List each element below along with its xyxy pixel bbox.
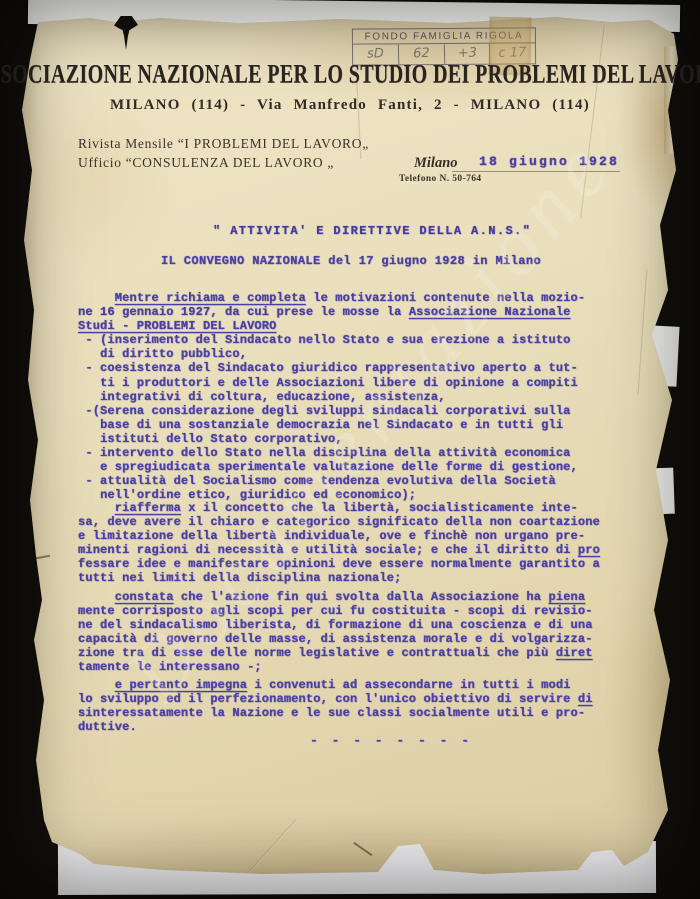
paper-hole (114, 16, 138, 50)
paper-tear (354, 842, 373, 856)
letterhead-office-line: Ufficio “CONSULENZA DEL LAVORO „ (78, 155, 334, 171)
closing-dashes: - - - - - - - - (310, 733, 472, 748)
date-line-rule (452, 171, 620, 172)
letter-paragraph: e pertanto impegna i convenuti ad asseco… (78, 678, 663, 734)
letter-paragraph: Mentre richiama e completa le motivazion… (78, 291, 663, 502)
letter-subheading: IL CONVEGNO NAZIONALE del 17 giugno 1928… (161, 254, 541, 268)
document-content: FONDO FAMIGLIA RIGOLA sD 62 +3 c 17 ASSO… (0, 0, 700, 899)
letterhead-org-name: ASSOCIAZIONE NAZIONALE PER LO STUDIO DEI… (0, 60, 700, 90)
letterhead-phone: Telefono N. 50-764 (399, 174, 482, 184)
paper-tear (36, 555, 50, 559)
letterhead-city-label: Milano (414, 155, 458, 172)
letter-paragraph: constata che l'azione fin qui svolta dal… (78, 590, 663, 675)
typed-date: 18 giugno 1928 (479, 154, 619, 169)
letter-heading: " ATTIVITA' E DIRETTIVE DELLA A.N.S." (213, 224, 531, 238)
letter-paragraph: riafferma x il concetto che la libertà, … (78, 501, 663, 586)
letterhead-magazine-line: Rivista Mensile “I PROBLEMI DEL LAVORO„ (78, 136, 369, 152)
letterhead-address: MILANO (114) - Via Manfredo Fanti, 2 - M… (0, 97, 700, 114)
photographed-document: FONDO FAMIGLIA RIGOLA sD 62 +3 c 17 ASSO… (0, 0, 700, 899)
